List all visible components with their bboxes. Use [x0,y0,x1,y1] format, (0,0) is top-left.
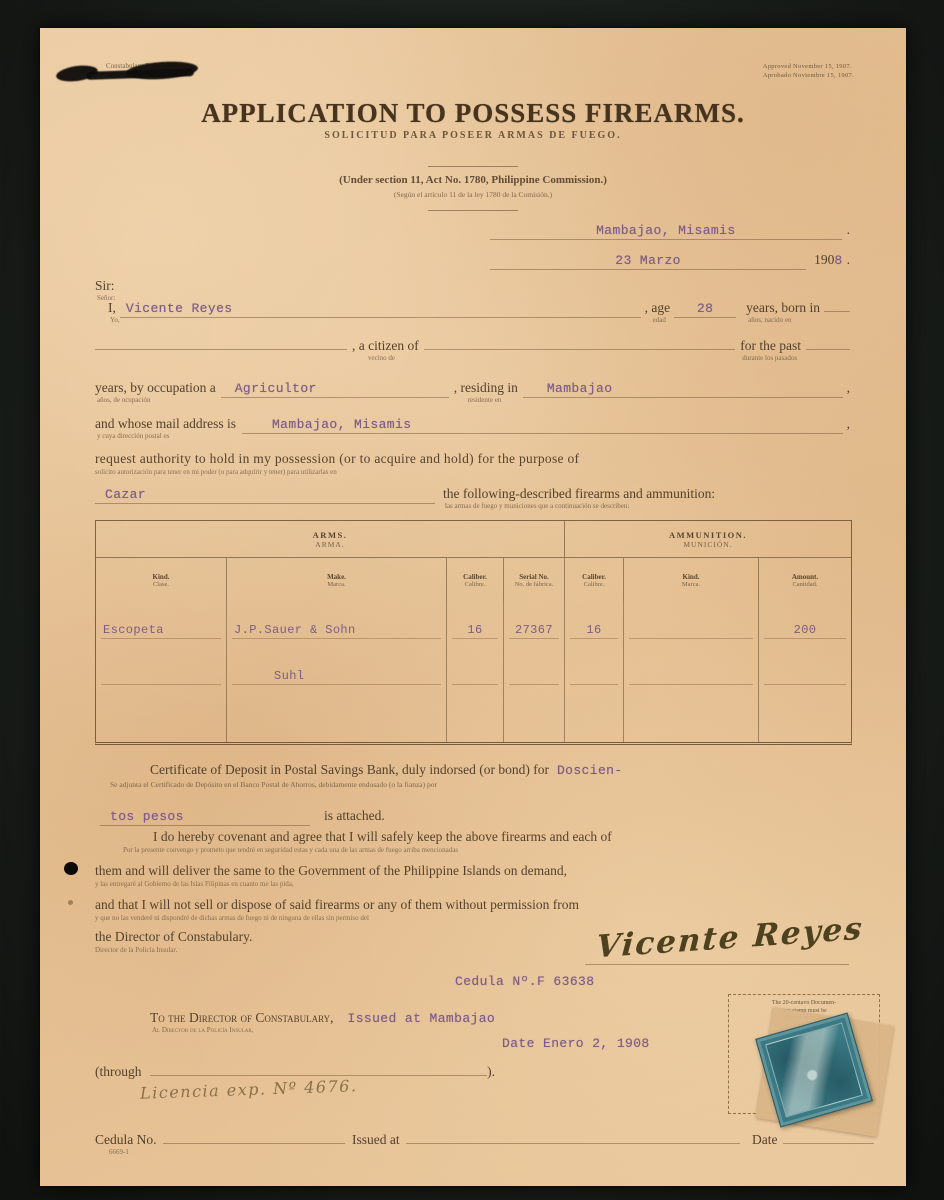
covenant-1-en: I do hereby covenant and agree that I wi… [95,830,848,845]
bottom-issued-group: Issued at [352,1132,740,1148]
col-ammo-kind-es: Marca. [682,581,700,588]
approval-line-es: Aprobado Noviembre 15, 1907. [763,71,854,80]
date-period: . [847,252,850,268]
col-kind-es: Clase. [153,581,169,588]
mail-label-es: y cuya dirección postal es [97,433,169,440]
to-director-word: To the Director of Constabulary, Al Dire… [150,1010,334,1026]
citizen-label-es: vecino de [368,355,395,362]
occupation-value: Agricultor [221,381,317,396]
past-word: for the past durante los pasados [740,338,801,354]
handwritten-note: Licencia exp. Nº 4676. [140,1076,358,1103]
page-subtitle: SOLICITUD PARA POSEER ARMAS DE FUEGO. [40,130,906,141]
covenant-3-en: and that I will not sell or dispose of s… [95,898,848,913]
attached-line: tos pesos is attached. [100,808,850,826]
column-header-serial: Serial No. No. de fábrica. [503,558,564,602]
col-ammo-kind-en: Kind. [683,573,700,581]
col-make-en: Make. [327,573,346,581]
approval-block: Approved November 15, 1907. Aprobado Nov… [763,62,854,80]
act-citation-en: (Under section 11, Act No. 1780, Philipp… [40,174,906,186]
past-label-en: for the past [740,338,801,353]
col-serial-en: Serial No. [519,573,549,581]
birthplace-underline [95,349,347,350]
citizenship-underline [424,349,736,350]
to-director-en: To the Director of Constabulary, [150,1010,334,1025]
cell-make: J.P.Sauer & Sohn [232,623,441,639]
form-small-number: 6669-1 [109,1149,129,1156]
cell-ammo-kind [629,637,753,639]
age-underline: 28 [674,300,736,318]
through-underline [150,1075,488,1076]
covenant-line-3: and that I will not sell or dispose of s… [95,898,848,922]
certificate-amount-1: Doscien- [557,764,623,779]
residence-value: Mambajao [523,381,613,396]
divider-rule [428,210,518,211]
request-en: request authority to hold in my possessi… [95,452,848,467]
born-underline [824,311,850,312]
mail-value: Mambajao, Misamis [242,417,411,432]
residing-label-es: residente en [468,397,502,404]
mail-word: and whose mail address is y cuya direcci… [95,416,236,432]
residing-label-en: , residing in [454,380,518,395]
purpose-underline: Cazar [95,486,435,504]
following-word: the following-described firearms and amm… [443,486,715,502]
occupation-line: years, by occupation a años, de ocupació… [95,380,850,398]
col-ammo-caliber-en: Caliber. [582,573,606,581]
approval-line-en: Approved November 15, 1907. [763,62,854,71]
place-value: Mambajao, Misamis [596,223,735,238]
request-es: solicito autorización para tener en mi p… [95,468,848,476]
issue-date-typed: Date Enero 2, 1908 [502,1036,650,1051]
i-es: Yo, [110,317,120,324]
covenant-line-2: them and will deliver the same to the Go… [95,864,848,888]
mail-underline: Mambajao, Misamis [242,416,843,434]
cell-ammo-caliber: 16 [570,623,618,639]
purpose-value: Cazar [95,487,146,502]
cell-kind: Escopeta [101,623,221,639]
certificate-es: Se adjunta el Certificado de Depósito en… [110,780,437,789]
born-label-es: años, nacido en [748,317,791,324]
col-ammo-caliber-es: Calibre. [584,581,605,588]
cell-kind [101,683,221,685]
through-label: (through [95,1064,142,1080]
col-kind-en: Kind. [153,573,170,581]
name-underline: Vicente Reyes [120,300,641,318]
certificate-en: Certificate of Deposit in Postal Savings… [150,762,549,778]
citizen-word: , a citizen of vecino de [352,338,419,354]
request-paragraph: request authority to hold in my possessi… [95,452,848,476]
stamp-note-en-1: The 20-centavo Documen- [733,1000,875,1008]
citizen-label-en: , a citizen of [352,338,419,353]
born-word: years, born in años, nacido en [746,300,820,316]
covenant-line-1: I do hereby covenant and agree that I wi… [95,830,848,854]
born-label-en: years, born in [746,300,820,315]
occupation-label-en: years, by occupation a [95,380,216,395]
column-header-make: Make. Marca. [226,558,446,602]
cell-ammo-kind [629,683,753,685]
applicant-name: Vicente Reyes [120,301,233,316]
year-typed: 8 [834,254,842,269]
citizen-line: , a citizen of vecino de for the past du… [95,338,850,354]
bottom-date-label: Date [752,1132,777,1148]
mail-line: and whose mail address is y cuya direcci… [95,416,850,434]
stray-mark [68,900,73,905]
bottom-issued-label: Issued at [352,1132,400,1148]
occupation-underline: Agricultor [221,380,449,398]
bottom-cedula-word: Cedula No. 6669-1 [95,1132,157,1148]
bottom-issued-underline [406,1143,740,1144]
col-amount-en: Amount. [792,573,818,581]
divider-rule [428,166,518,167]
amount-underline: tos pesos [100,808,310,826]
i-en: I, [108,300,116,315]
bottom-cedula-label: Cedula No. [95,1132,157,1147]
covenant-2-en: them and will deliver the same to the Go… [95,864,848,879]
col-serial-es: No. de fábrica. [515,581,554,588]
salutation-en: Sir: [95,278,115,293]
cedula-number-typed: Cedula Nº.F 63638 [455,974,594,989]
arms-group-es: ARMA. [315,540,344,549]
table-row: Suhl [96,648,851,694]
place-underline: Mambajao, Misamis [490,222,842,240]
salutation: Sir: Señor: [95,278,115,294]
table-group-header: ARMS. ARMA. AMMUNITION. MUNICIÓN. [96,521,851,557]
name-line: I, Yo, Vicente Reyes , age edad 28 years… [108,300,850,318]
age-word: , age edad [645,300,670,316]
place-period: . [847,222,850,238]
year-printed: 190 [814,252,834,268]
column-header-caliber: Caliber. Calibre. [446,558,503,602]
cell-amount [764,683,846,685]
through-line: (through ). [95,1064,495,1080]
occupation-word: years, by occupation a años, de ocupació… [95,380,216,396]
occupation-comma: , [847,380,850,396]
covenant-1-es: Por la presente convengo y prometo que t… [123,846,848,854]
following-en: the following-described firearms and amm… [443,486,715,501]
years-underline [806,349,850,350]
to-director-es: Al Director de la Policía Insular, [152,1027,253,1034]
age-value: 28 [697,301,713,316]
date-line: 23 Marzo 190 8 . [490,252,850,270]
document-paper: Constabulary Form No. 6. (Vale Inside No… [40,28,906,1186]
cell-serial [509,683,559,685]
residing-word: , residing in residente en [454,380,518,396]
to-director-line: To the Director of Constabulary, Al Dire… [150,1010,495,1027]
purpose-line: Cazar the following-described firearms a… [95,486,850,504]
occupation-label-es: años, de ocupación [97,397,150,404]
age-label-en: , age [645,300,670,315]
column-header-amount: Amount. Cantidad. [758,558,851,602]
cell-caliber [452,683,498,685]
punch-hole-mark [64,862,78,875]
ammunition-group-en: AMMUNITION. [669,530,747,540]
column-header-ammo-caliber: Caliber. Calibre. [564,558,623,602]
date-value: 23 Marzo [615,253,681,268]
bottom-date-underline [783,1143,874,1144]
residence-underline: Mambajao [523,380,843,398]
cell-ammo-caliber [570,683,618,685]
ammunition-group-es: MUNICIÓN. [683,540,732,549]
act-citation-es: (Según el artículo 11 de la ley 1780 de … [40,190,906,199]
col-caliber-en: Caliber. [463,573,487,581]
signature-underline [585,964,849,965]
col-make-es: Marca. [327,581,345,588]
scan-background: Constabulary Form No. 6. (Vale Inside No… [0,0,944,1200]
following-es: las armas de fuego y municiones que a co… [445,503,629,510]
page-title: APPLICATION TO POSSESS FIREARMS. [40,98,906,129]
place-line: Mambajao, Misamis . [490,222,850,240]
bottom-cedula-group: Cedula No. 6669-1 [95,1132,345,1148]
past-label-es: durante los pasados [742,355,797,362]
table-row-empty [96,694,851,742]
documentary-stamp-design [765,1022,863,1117]
ammunition-group-header: AMMUNITION. MUNICIÓN. [564,521,851,557]
bottom-date-group: Date [752,1132,874,1148]
bottom-cedula-underline [163,1143,346,1144]
cell-caliber: 16 [452,623,498,639]
mail-label-en: and whose mail address is [95,416,236,431]
attached-en: is attached. [324,808,385,824]
col-caliber-es: Calibre. [465,581,486,588]
col-amount-es: Cantidad. [792,581,817,588]
table-row: Escopeta J.P.Sauer & Sohn 16 27367 16 20… [96,602,851,648]
mail-comma: , [847,416,850,432]
column-header-ammo-kind: Kind. Marca. [623,558,758,602]
table-column-headers: Kind. Clase. Make. Marca. Caliber. Calib… [96,557,851,602]
covenant-2-es: y las entregaré al Gobierno de las Islas… [95,880,848,888]
i-word: I, Yo, [108,300,116,316]
salutation-word: Sir: Señor: [95,278,115,294]
cell-make: Suhl [232,669,441,685]
certificate-amount-2: tos pesos [100,809,184,824]
arms-group-en: ARMS. [313,530,348,540]
firearms-table: ARMS. ARMA. AMMUNITION. MUNICIÓN. Kind. … [95,520,852,745]
date-underline: 23 Marzo [490,252,806,270]
arms-group-header: ARMS. ARMA. [96,521,564,557]
through-close: ). [487,1064,495,1080]
issued-at-typed: Issued at Mambajao [348,1012,496,1027]
cell-amount: 200 [764,623,846,639]
column-header-kind: Kind. Clase. [96,558,226,602]
age-label-es: edad [653,317,666,324]
cell-serial: 27367 [509,623,559,639]
certificate-line: Certificate of Deposit in Postal Savings… [150,762,850,779]
